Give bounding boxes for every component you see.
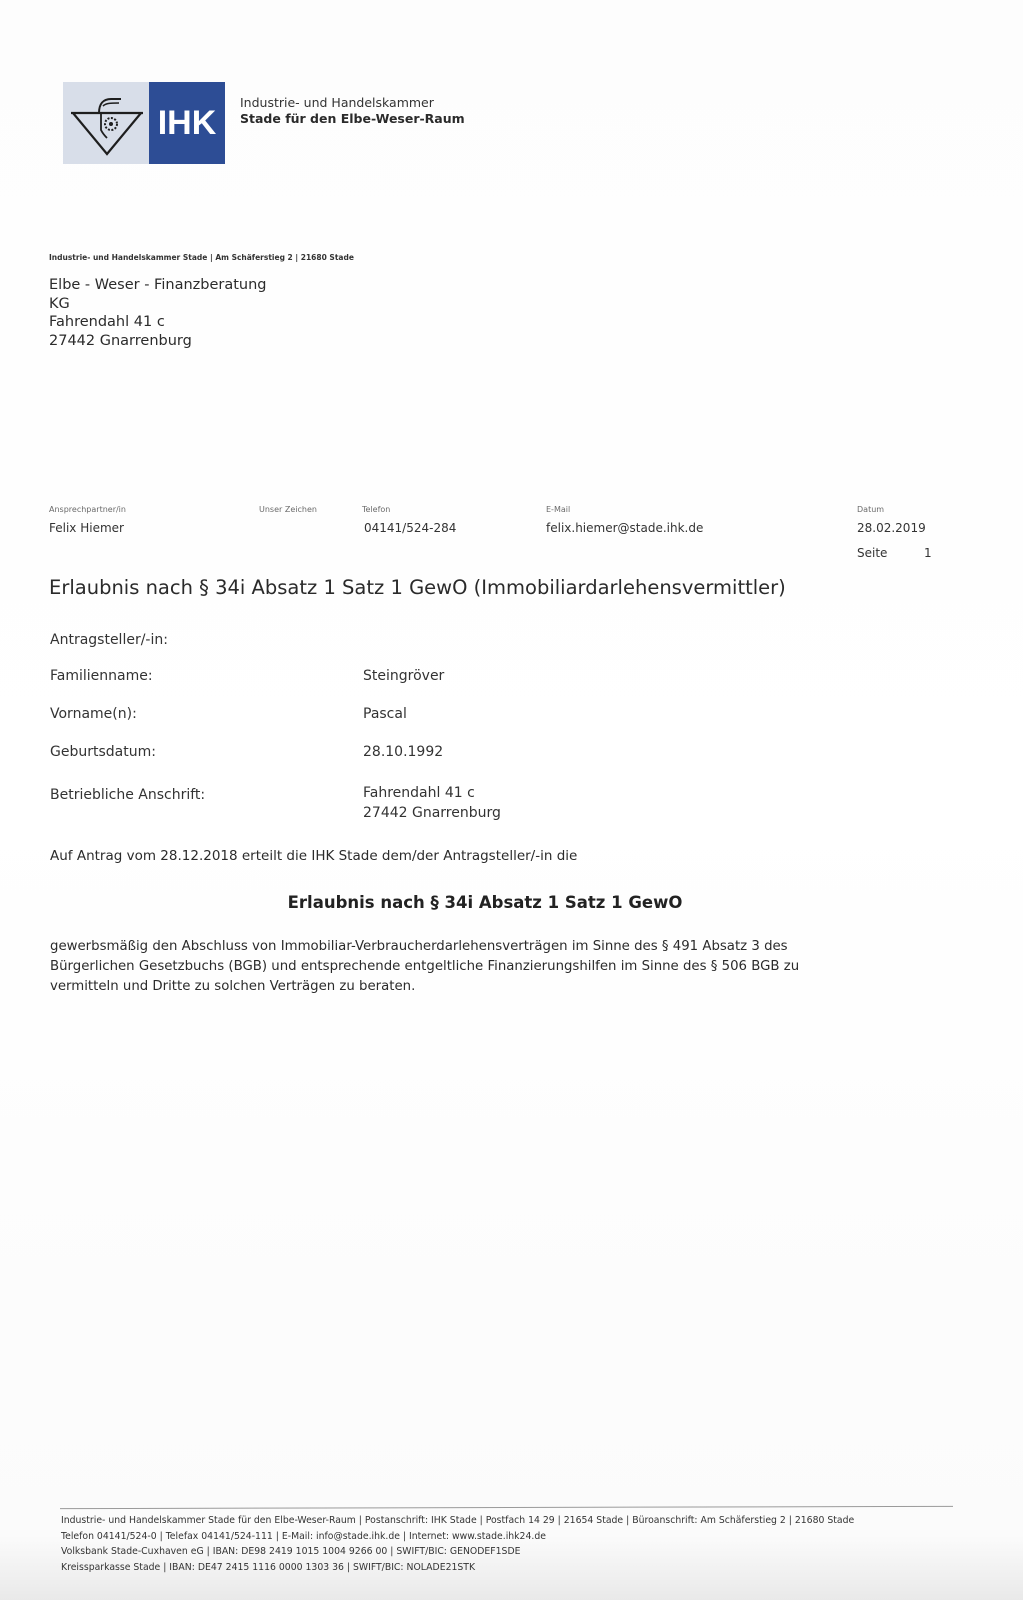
birth-date-value: 28.10.1992	[363, 742, 443, 762]
birth-date-label: Geburtsdatum:	[50, 744, 156, 760]
footer-line: Telefon 04141/524-0 | Telefax 04141/524-…	[61, 1529, 961, 1545]
page-number: 1	[924, 546, 932, 560]
recipient-line: KG	[49, 295, 267, 314]
ihk-emblem-icon	[63, 82, 149, 164]
letter-page: IHK Industrie- und Handelskammer Stade f…	[0, 0, 1023, 1600]
org-name-line1: Industrie- und Handelskammer	[240, 95, 465, 111]
business-address-value: Fahrendahl 41 c 27442 Gnarrenburg	[363, 783, 501, 823]
footer-line: Volksbank Stade-Cuxhaven eG | IBAN: DE98…	[61, 1544, 961, 1560]
family-name-label: Familienname:	[50, 668, 153, 684]
business-address-line: Fahrendahl 41 c	[363, 783, 501, 803]
recipient-line: 27442 Gnarrenburg	[49, 332, 267, 351]
recipient-address: Elbe - Weser - Finanzberatung KG Fahrend…	[49, 276, 267, 350]
recipient-line: Fahrendahl 41 c	[49, 313, 267, 332]
ihk-logo: IHK	[63, 82, 225, 164]
body-line: vermitteln und Dritte zu solchen Verträg…	[50, 977, 930, 997]
footer-divider	[60, 1506, 953, 1509]
contact-value: Felix Hiemer	[49, 521, 124, 535]
first-name-value: Pascal	[363, 704, 407, 724]
letter-subject: Erlaubnis nach § 34i Absatz 1 Satz 1 Gew…	[49, 576, 786, 599]
grant-intro: Auf Antrag vom 28.12.2018 erteilt die IH…	[50, 848, 577, 864]
body-line: Bürgerlichen Gesetzbuchs (BGB) und entsp…	[50, 957, 930, 977]
letter-footer: Industrie- und Handelskammer Stade für d…	[61, 1513, 961, 1575]
permit-title: Erlaubnis nach § 34i Absatz 1 Satz 1 Gew…	[0, 893, 970, 912]
phone-label: Telefon	[362, 505, 390, 514]
date-value: 28.02.2019	[857, 521, 926, 535]
organization-name: Industrie- und Handelskammer Stade für d…	[240, 95, 465, 127]
first-name-label: Vorname(n):	[50, 706, 137, 722]
ihk-wordmark: IHK	[149, 82, 225, 164]
contact-label: Ansprechpartner/in	[49, 505, 126, 514]
permit-scope-text: gewerbsmäßig den Abschluss von Immobilia…	[50, 937, 930, 997]
recipient-line: Elbe - Weser - Finanzberatung	[49, 276, 267, 295]
page-label: Seite	[857, 546, 887, 560]
email-value: felix.hiemer@stade.ihk.de	[546, 521, 703, 535]
family-name-value: Steingröver	[363, 666, 444, 686]
business-address-label: Betriebliche Anschrift:	[50, 787, 205, 803]
footer-line: Industrie- und Handelskammer Stade für d…	[61, 1513, 961, 1529]
org-name-line2: Stade für den Elbe-Weser-Raum	[240, 111, 465, 127]
email-label: E-Mail	[546, 505, 570, 514]
applicant-heading: Antragsteller/-in:	[50, 632, 168, 648]
business-address-line: 27442 Gnarrenburg	[363, 803, 501, 823]
reference-label: Unser Zeichen	[259, 505, 317, 514]
date-label: Datum	[857, 505, 884, 514]
phone-value: 04141/524-284	[364, 521, 456, 535]
footer-line: Kreissparkasse Stade | IBAN: DE47 2415 1…	[61, 1560, 961, 1576]
logo-text: IHK	[158, 104, 217, 143]
body-line: gewerbsmäßig den Abschluss von Immobilia…	[50, 937, 930, 957]
sender-return-address: Industrie- und Handelskammer Stade | Am …	[49, 253, 354, 262]
